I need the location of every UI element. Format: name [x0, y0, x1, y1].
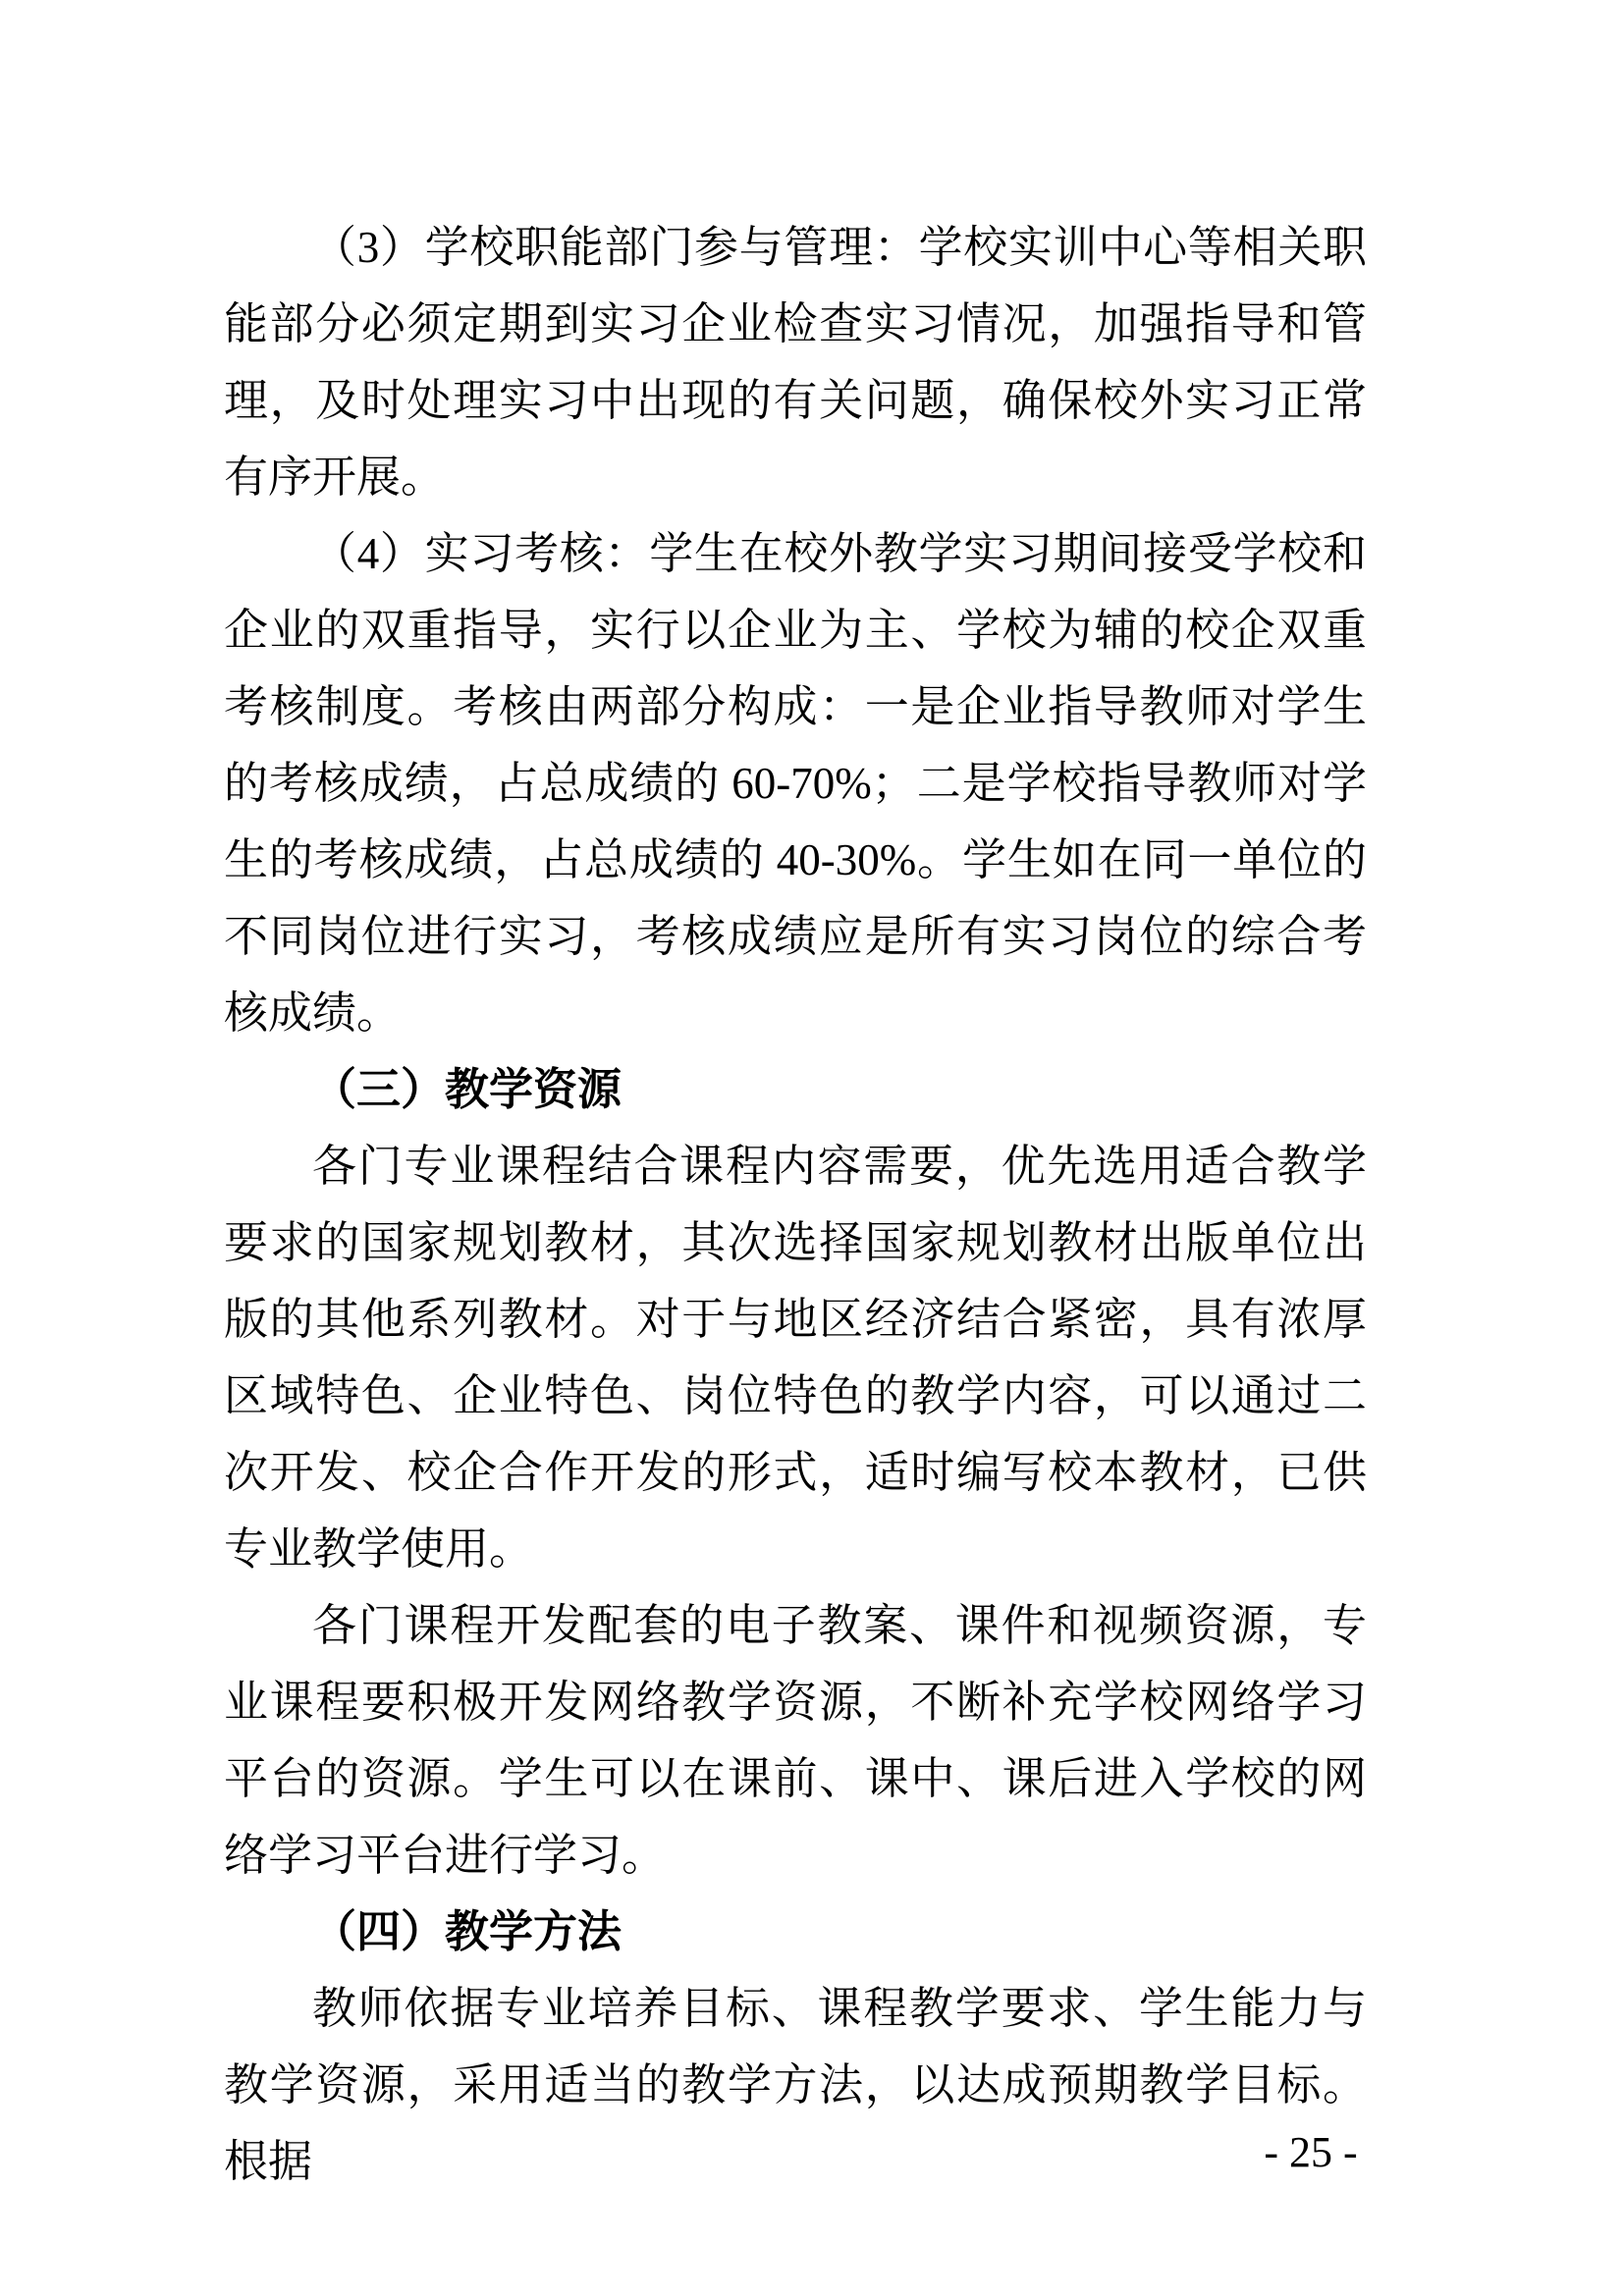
document-body: （3）学校职能部门参与管理：学校实训中心等相关职能部分必须定期到实习企业检查实习…	[224, 209, 1367, 2200]
para-textbook-selection: 各门专业课程结合课程内容需要，优先选用适合教学要求的国家规划教材，其次选择国家规…	[224, 1128, 1367, 1587]
para-internship-assessment: （4）实习考核：学生在校外教学实习期间接受学校和企业的双重指导，实行以企业为主、…	[224, 515, 1367, 1051]
page-number: - 25 -	[1232, 2128, 1389, 2177]
para-digital-resources: 各门课程开发配套的电子教案、课件和视频资源，专业课程要积极开发网络教学资源，不断…	[224, 1587, 1367, 1894]
para-school-dept-management: （3）学校职能部门参与管理：学校实训中心等相关职能部分必须定期到实习企业检查实习…	[224, 209, 1367, 515]
heading-teaching-methods: （四）教学方法	[224, 1894, 1367, 1970]
heading-teaching-resources: （三）教学资源	[224, 1051, 1367, 1128]
para-teaching-method-basis: 教师依据专业培养目标、课程教学要求、学生能力与教学资源，采用适当的教学方法，以达…	[224, 1970, 1367, 2200]
document-page: （3）学校职能部门参与管理：学校实训中心等相关职能部分必须定期到实习企业检查实习…	[0, 0, 1624, 2296]
